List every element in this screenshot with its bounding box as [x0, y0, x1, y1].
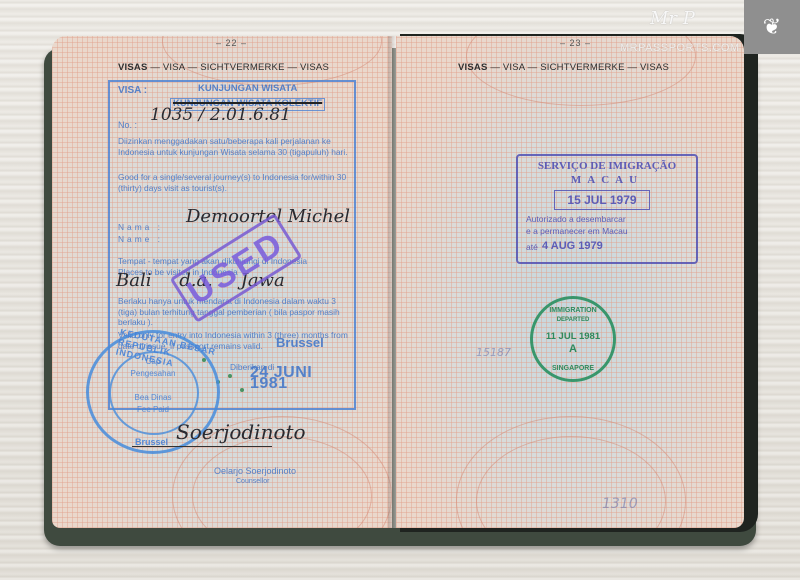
macau-until-date: 4 AUG 1979 — [542, 240, 603, 252]
guilloche-pattern — [476, 436, 666, 528]
seal-text: Bea Dinas — [89, 393, 217, 402]
singapore-stamp-date: 11 JUL 1981 — [533, 331, 613, 342]
visa-text-indonesian: Diizinkan menggadakan satu/beberapa kali… — [118, 136, 350, 157]
page-header-rest: — VISA — SICHTVERMERKE — VISAS — [148, 62, 329, 73]
pencil-note: 1310 — [602, 496, 638, 512]
passport-page-23: – 23 – VISAS — VISA — SICHTVERMERKE — VI… — [396, 36, 744, 528]
signature-line — [132, 446, 272, 447]
macau-stamp-title: SERVIÇO DE IMIGRAÇÃO — [518, 160, 696, 172]
visa-text-english: Good for a single/several journey(s) to … — [118, 172, 350, 193]
singapore-stamp-code: A — [533, 343, 613, 355]
issue-date: 24 JUNI 1981 — [250, 368, 354, 389]
officer-title: Counsellor — [236, 478, 269, 485]
guilloche-pattern — [192, 436, 372, 528]
macau-entry-date: 15 JUL 1979 — [554, 190, 650, 210]
guilloche-pattern — [456, 416, 686, 528]
validity-text-indonesian: Berlaku hanya untuk mendarat di Indonesi… — [118, 296, 350, 328]
passport-page-22: – 22 – VISAS — VISA — SICHTVERMERKE — VI… — [52, 36, 392, 528]
page-header-bold: VISAS — [458, 62, 488, 73]
ink-speck — [228, 374, 232, 378]
page-number: – 22 – — [216, 38, 247, 48]
page-header: VISAS — VISA — SICHTVERMERKE — VISAS — [458, 62, 669, 73]
macau-until-prefix: até — [526, 242, 538, 252]
officer-name: Oelarjo Soerjodinoto — [214, 466, 296, 476]
guilloche-pattern — [162, 36, 382, 86]
visa-type: KUNJUNGAN WISATA — [198, 84, 297, 95]
singapore-stamp-ring-top: IMMIGRATION — [533, 307, 613, 314]
macau-text: Autorizado a desembarcar — [526, 214, 626, 224]
page-header: VISAS — VISA — SICHTVERMERKE — VISAS — [118, 62, 329, 73]
consul-signature: Soerjodinoto — [176, 420, 306, 444]
visa-number: 1035 / 2.01.6.81 — [150, 110, 291, 121]
issue-place: Brussel — [276, 338, 324, 349]
laurel-wreath-lion-icon: ❦ — [744, 0, 800, 54]
seal-text: Fee Paid — [89, 405, 217, 414]
visa-label: VISA : — [118, 86, 147, 97]
page-number: – 23 – — [560, 38, 591, 48]
ink-speck — [240, 388, 244, 392]
singapore-stamp-ring-bottom: SINGAPORE — [533, 365, 613, 372]
page-header-bold: VISAS — [118, 62, 148, 73]
macau-immigration-stamp: SERVIÇO DE IMIGRAÇÃO MACAU 15 JUL 1979 A… — [516, 154, 698, 264]
macau-stamp-city: MACAU — [518, 174, 696, 186]
watermark-signature: Mr P — [650, 8, 695, 29]
pencil-note: 15187 — [476, 346, 511, 359]
singapore-stamp-status: DEPARTED — [533, 317, 613, 323]
visa-number-label: No. : — [118, 120, 137, 131]
singapore-departure-stamp: IMMIGRATION DEPARTED 11 JUL 1981 A SINGA… — [530, 296, 616, 382]
seal-text: Pengesahan — [89, 369, 217, 378]
seal-text: Cap — [89, 357, 217, 366]
watermark-site: MRPASSPORTS.COM — [620, 42, 740, 54]
page-header-rest: — VISA — SICHTVERMERKE — VISAS — [488, 62, 669, 73]
macau-text: e a permanecer em Macau — [526, 226, 628, 236]
